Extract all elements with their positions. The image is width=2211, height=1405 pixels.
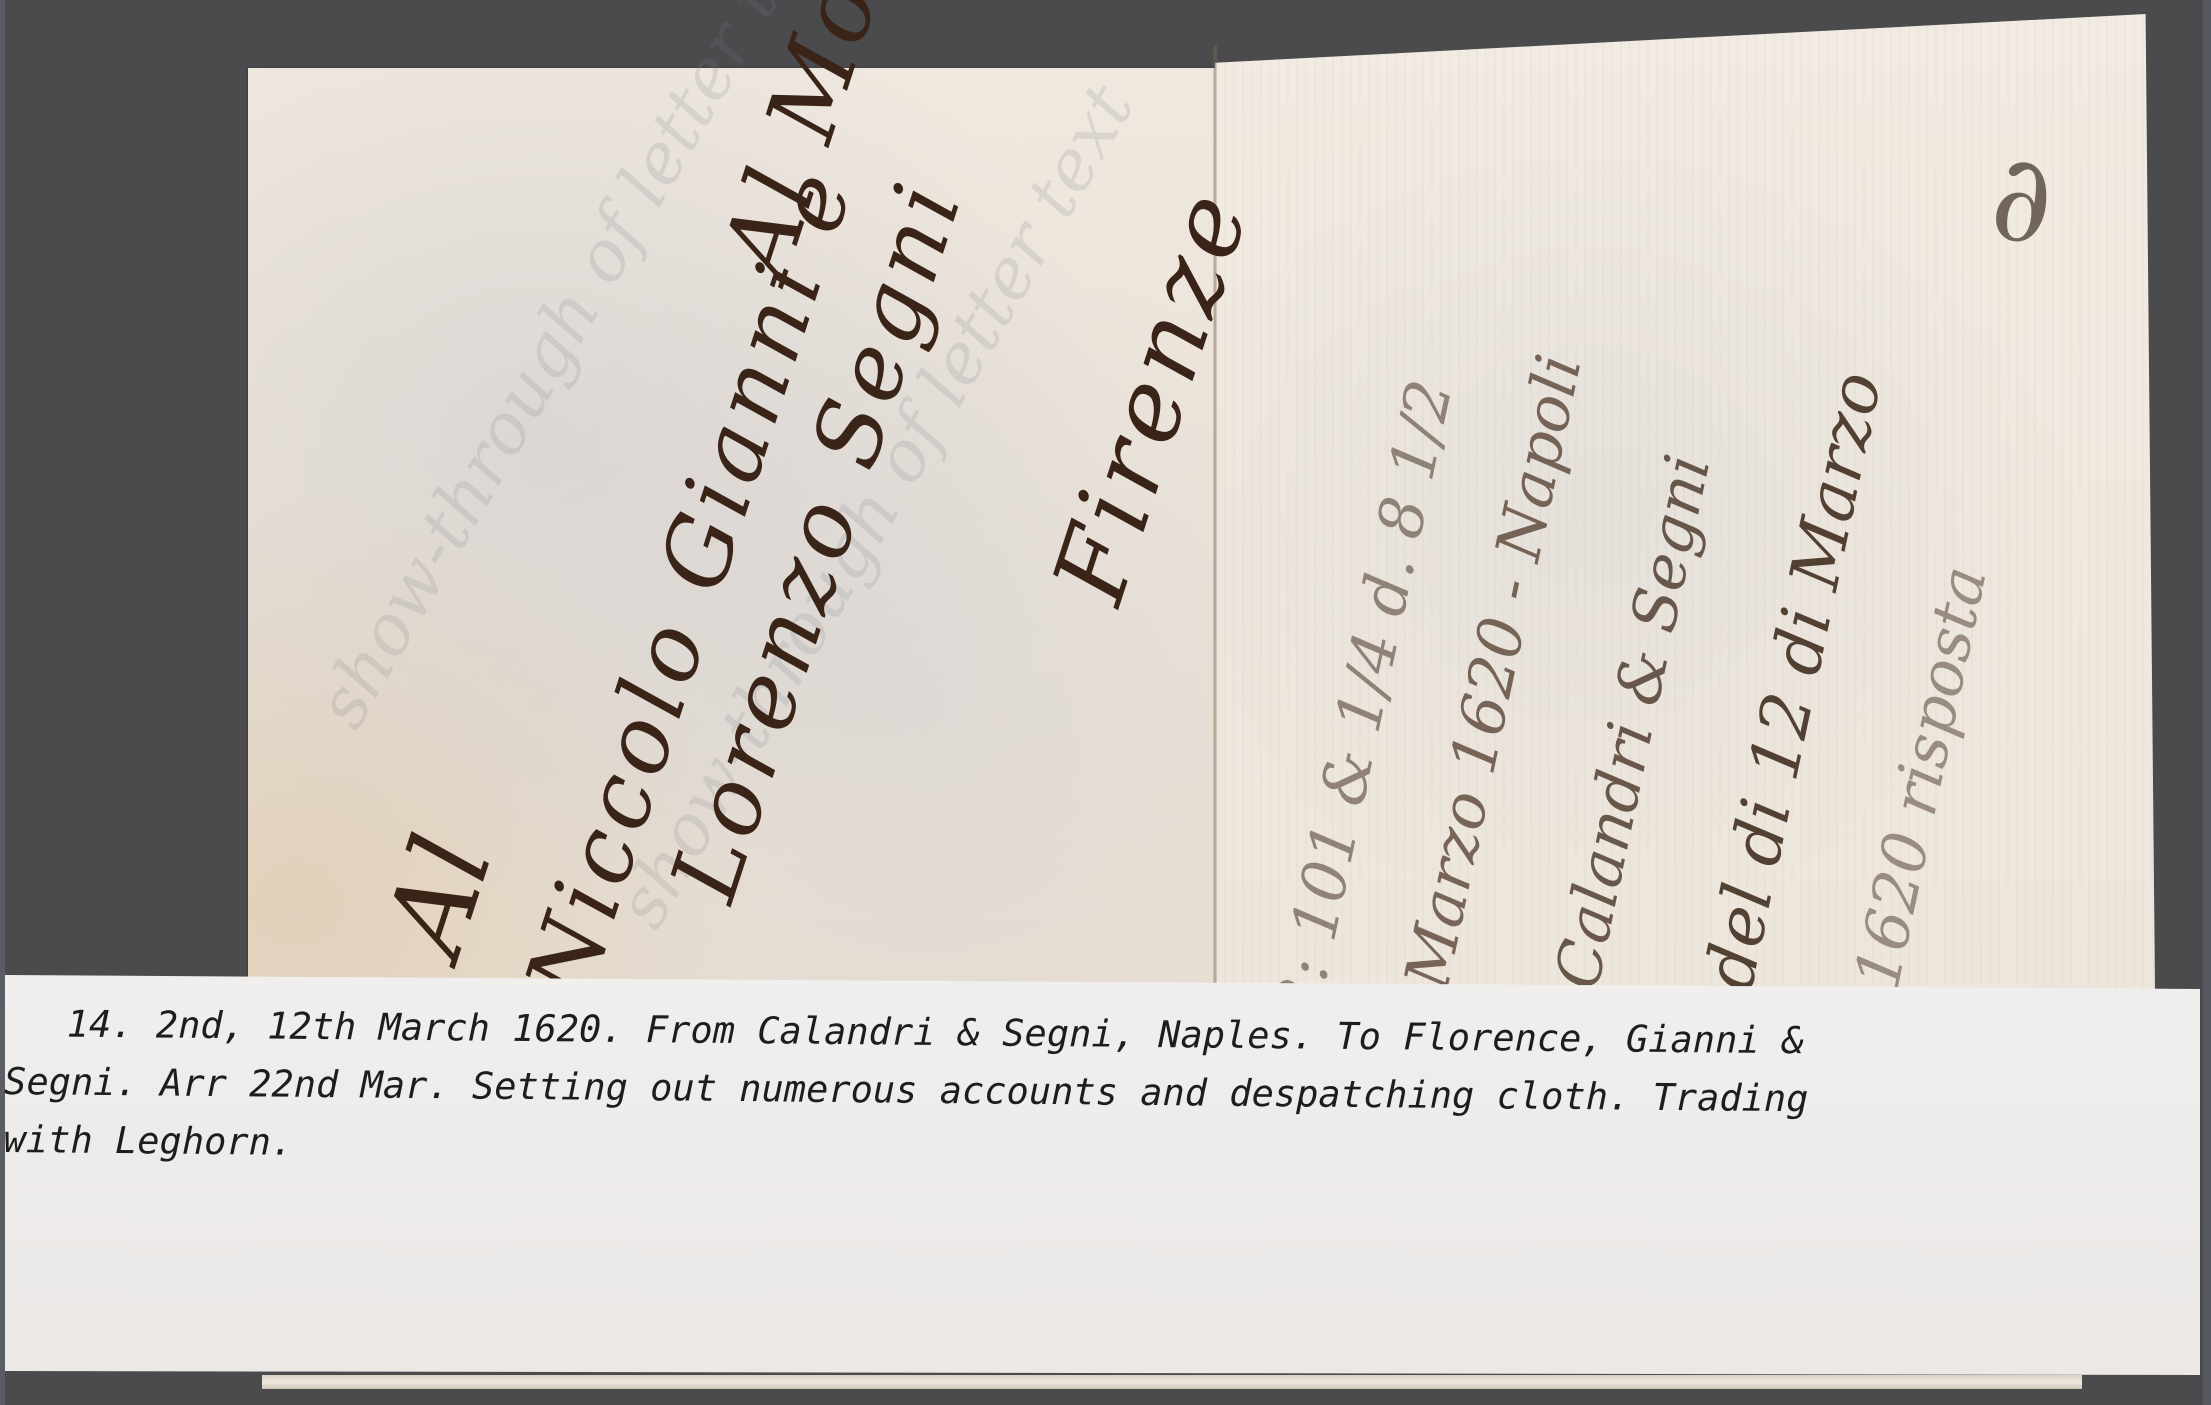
paper-fold-line bbox=[1213, 45, 1217, 985]
mat-right-edge bbox=[2203, 0, 2211, 1405]
caption-text: 14. 2nd, 12th March 1620. From Calandri … bbox=[3, 995, 2205, 1190]
docket-mark: ∂ bbox=[1990, 130, 2052, 269]
mat-edge bbox=[0, 0, 5, 1405]
letter-bottom-edge bbox=[262, 1375, 2082, 1389]
